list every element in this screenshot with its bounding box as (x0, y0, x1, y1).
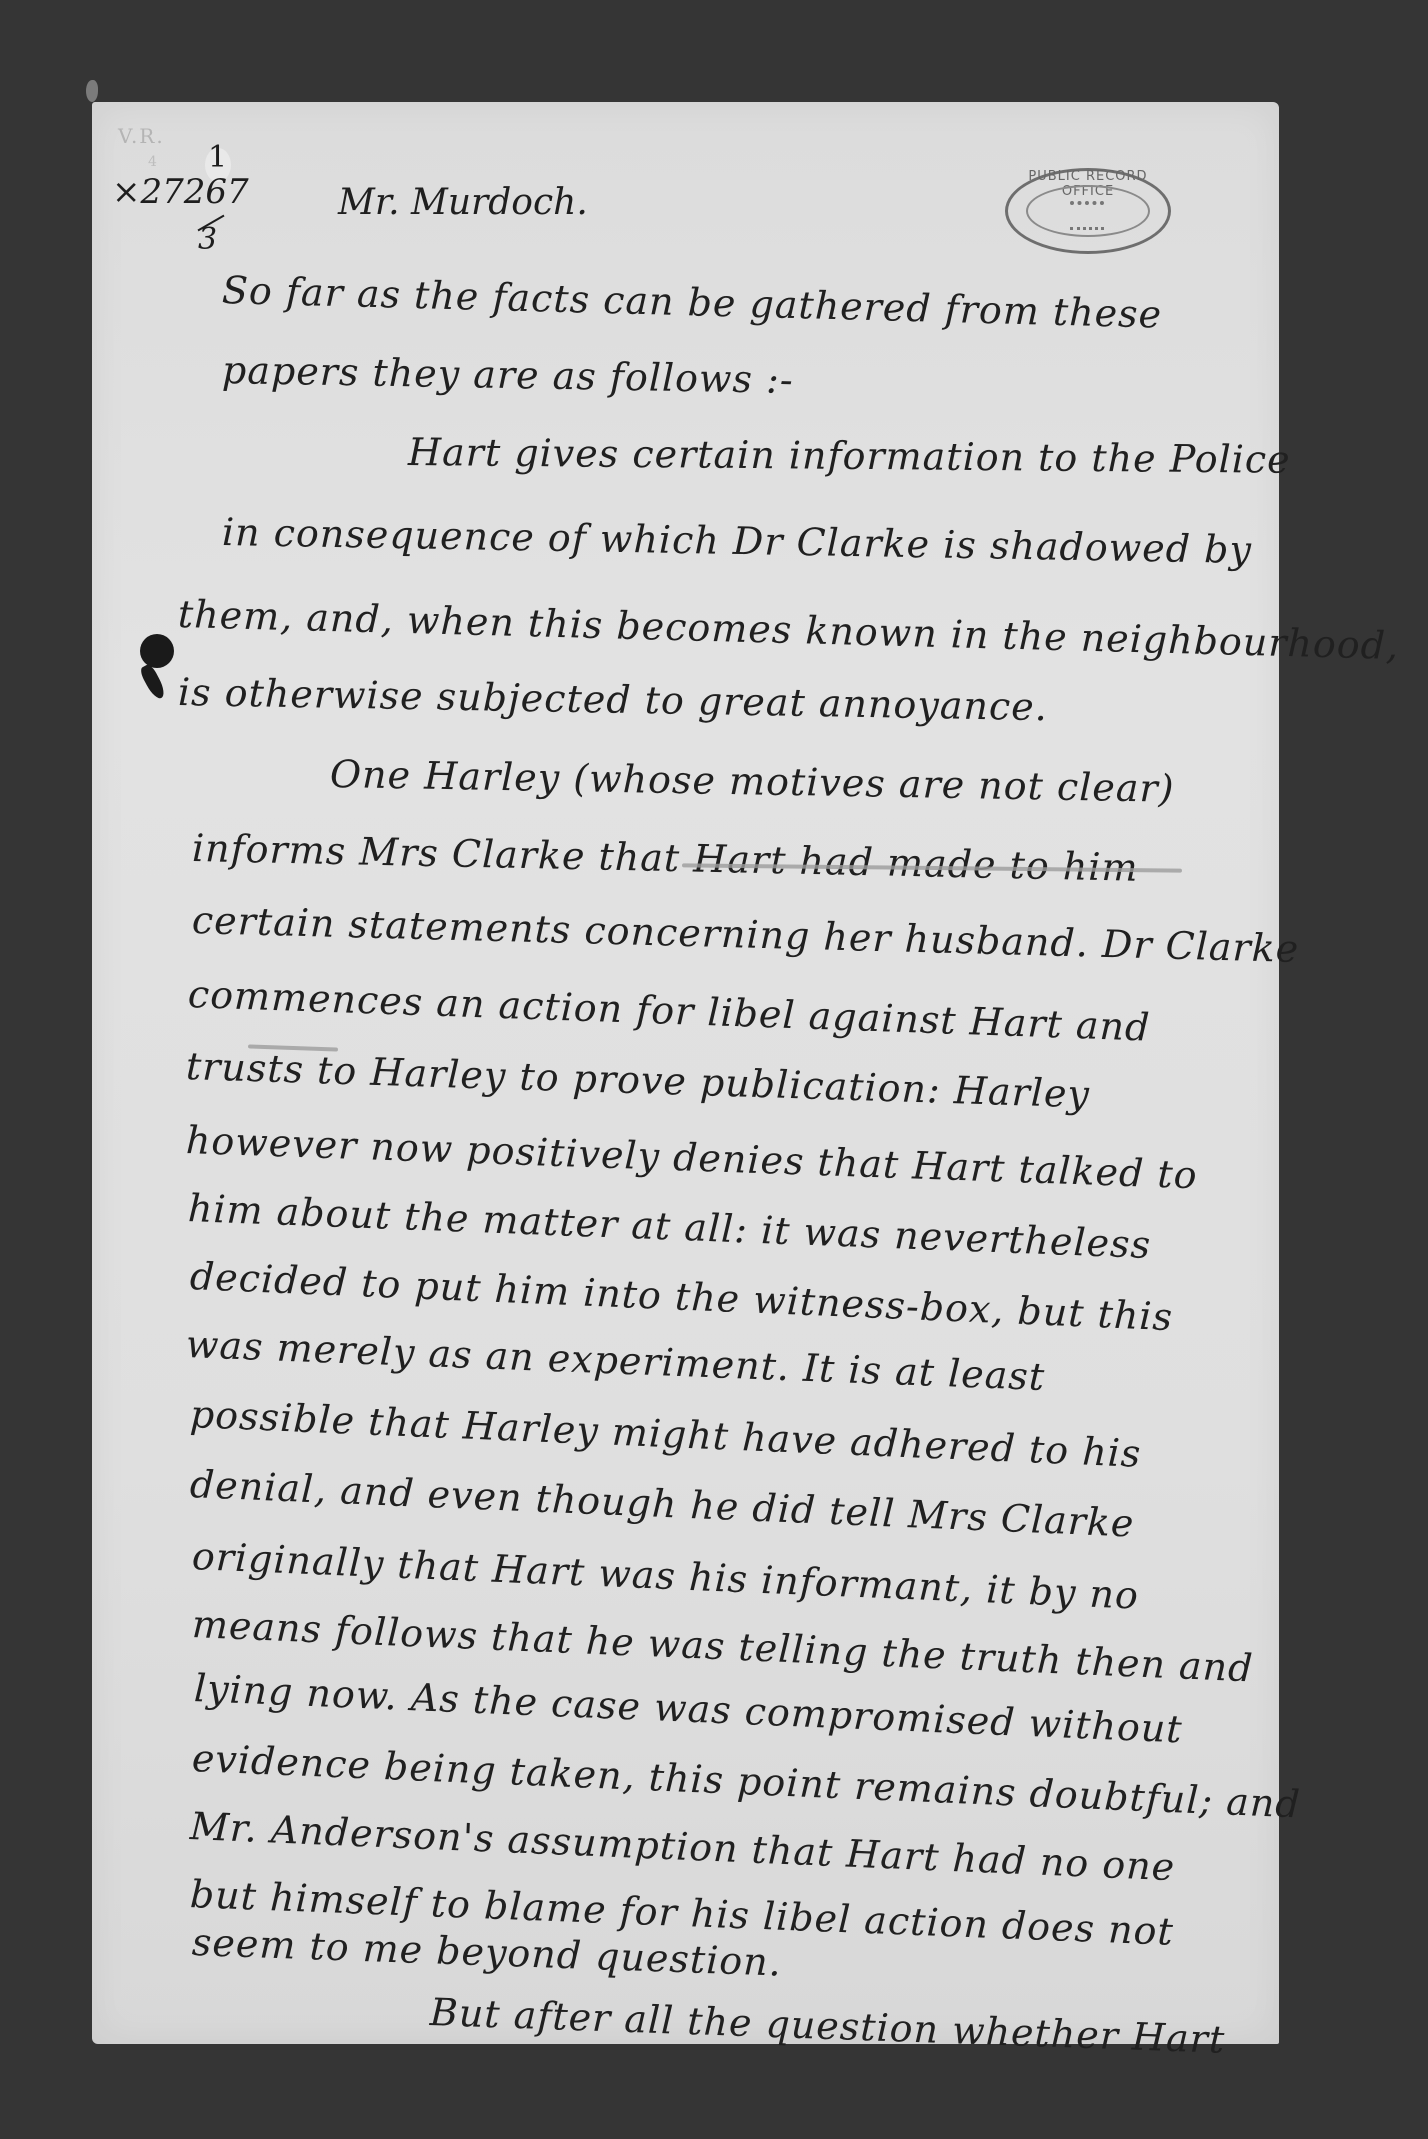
reference-subscript: 3 (198, 222, 217, 257)
vr-stamp-sub: 4 (148, 154, 157, 170)
handwritten-line: Hart gives certain information to the Po… (408, 430, 1291, 482)
reference-digits: 27267 (141, 172, 249, 212)
vr-stamp: V.R. (118, 124, 165, 148)
crown-icon (1070, 201, 1104, 230)
public-record-office-stamp: PUBLIC RECORD OFFICE (1005, 168, 1171, 254)
ink-blot (140, 634, 174, 668)
dust-speck (86, 80, 98, 102)
reference-number: ×27267 (112, 172, 249, 212)
reference-superscript: 1 (208, 140, 227, 175)
addressee: Mr. Murdoch. (338, 182, 588, 223)
reference-prefix: × (112, 172, 141, 212)
